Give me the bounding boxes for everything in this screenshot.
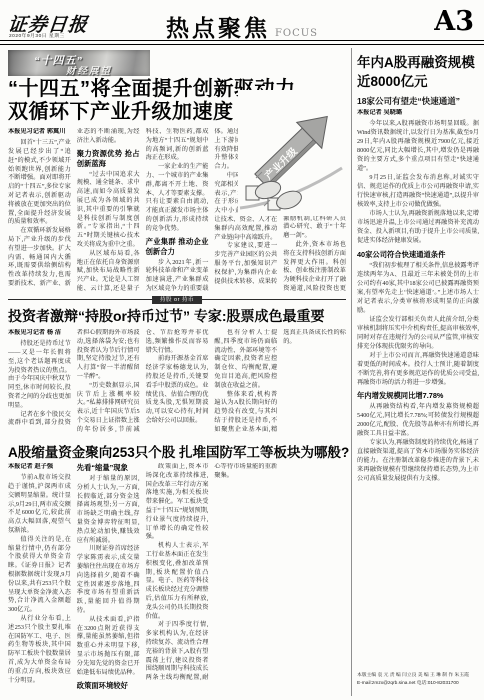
body-paragraph: 也有分析人士提醒,四季度市场仍面临流动性、外部环境等不确定因素,投资者应控制仓位…: [214, 329, 277, 391]
body-subhead: 40家公司符合快速通道条件: [357, 250, 479, 259]
body-paragraph: 持股还是持币过节——又是一年长假将至,这个老话题再度成为投资者热议的焦点。由于今…: [8, 340, 71, 410]
body-paragraph: 专家认为,再融资制度的持续优化,畅通了直接融资渠道,提高了资本市场服务实体经济的…: [357, 439, 479, 484]
byline: 本报记者 赵子强: [8, 463, 71, 472]
masthead-rule: [0, 40, 484, 45]
body-paragraph: 值得关注的是,在缩量行情中,仍有部分个股获得大单资金青睐。《证券日报》记者根据数…: [8, 536, 71, 615]
body-paragraph: “我们初步梳理了相关条件,信息披露考评连续两年为A、且最近三年未被处罚的上市公司…: [357, 262, 479, 316]
body-subhead: 聚力资源优势 抢占创新蓝海: [77, 149, 140, 168]
volume-article-body: 本报记者 赵子强节前A股市场交投趋于谨慎,沪深两市成交额明显缩量。统计显示,9月…: [8, 463, 346, 695]
credits-contact: E-mail:zmzx@zqrb.sina.net 电话:010-8203170…: [357, 680, 481, 688]
body-paragraph: 从技术面看,沪指在3200点附近获得支撑,量能虽然萎缩,但指数重心并未明显下移,…: [77, 616, 140, 678]
body-subhead: 政策面环境较好: [77, 681, 140, 690]
section-title: 热点聚焦FOCUS: [0, 10, 484, 43]
byline: 本报见习记者 郭冀川: [8, 128, 71, 137]
section-divider: 持股 or 持币: [8, 299, 346, 300]
body-paragraph: 回首“十三五”,产业发展已经步出了“追赶”的模式,不少领域开始领跑世界,创新能力…: [8, 139, 71, 227]
volume-article-headline: A股缩量资金聚向253只个股 扎堆国防军工等板块为哪般?: [8, 441, 350, 461]
refinance-headline: 年内A股再融资规模 近8000亿元: [357, 53, 481, 91]
section-title-en: FOCUS: [275, 28, 318, 39]
body-paragraph: 9月25日,证监会发布消息称,对诚实守信、规范运作的优质上市公司再融资申请,实行…: [357, 174, 479, 210]
body-paragraph: 对于上市公司而言,再融资快速通道意味着更低的时间成本。投行人士预计,随着制度不断…: [357, 352, 479, 388]
page-number: A3: [434, 6, 474, 37]
body-subhead: 先看“缩量”现象: [77, 463, 140, 472]
arrow-hands-drawing: 产业升级: [238, 90, 346, 216]
body-paragraph: 川财证券首席经济学家陈雳表示,成交量萎缩往往出现在市场方向选择前夕,随着不确定性…: [77, 545, 140, 615]
body-paragraph: 市场人士认为,再融资新规落地以来,定增市场迅速升温,上市公司通过再融资补充流动资…: [357, 210, 479, 246]
holiday-article-body: 本报见习记者 杨 洁持股还是持币过节——又是一年长假将至,这个老话题再度成为投资…: [8, 329, 346, 436]
body-paragraph: 从再融资结构看,年内增发募资规模超5400亿元,同比增长7.78%;可转债发行规…: [357, 403, 479, 439]
credits-editors: 本版主编 袁 元 责 编 闫立良 美 编 王 琳 制 作 朱玉霞: [357, 672, 481, 680]
column-rule: [351, 48, 352, 696]
body-paragraph: 证监会发行部相关负责人此前介绍,分类审核机制将压实中介机构责任,提高审核效率,同…: [357, 316, 479, 352]
divider-tag: 持股 or 持币: [152, 296, 202, 304]
body-paragraph: 一家企业的生产能力、一个城市的产业集群,都离不开土地、资本、人才等要素支撑。只有…: [146, 163, 209, 233]
refinance-article-body: 本报记者 吴晓璐今年以来,A股再融资市场明显回暖。据Wind资讯数据统计,以发行…: [357, 109, 479, 668]
body-paragraph: 对于缩量的原因,分析人士认为,一方面,长假临近,部分资金选择离场观望;另一方面,…: [77, 475, 140, 545]
series-banner-line2: 财经展望: [66, 63, 112, 77]
cartoon-arrow-illustration: 产业升级: [238, 90, 346, 216]
body-paragraph: 今年以来,A股再融资市场明显回暖。据Wind资讯数据统计,以发行日为基准,截至9…: [357, 120, 479, 174]
refinance-headline-line2: 近8000亿元: [357, 72, 481, 91]
newspaper-page: 证券日报 2020年9月30日 星期三 热点聚焦FOCUS A3 “十四五” 财…: [0, 0, 484, 700]
body-paragraph: “过去中国追求大规模、通全链条、求中高速,而如今高质量发展已成为各领域的共识,其…: [77, 171, 140, 250]
body-subhead: 年内增发规模同比增7.78%: [357, 391, 479, 400]
section-title-cn: 热点聚焦: [166, 15, 270, 42]
holiday-article-headline: 投资者激辩“持股or持币过节” 专家:股票成色最重要: [8, 306, 350, 326]
byline: 本报见习记者 杨 洁: [8, 329, 71, 338]
page-credits: 本版主编 袁 元 责 编 闫立良 美 编 王 琳 制 作 朱玉霞 E-mail:…: [357, 672, 481, 687]
body-paragraph: 前海开源基金首席经济学家杨德龙认为,持股还是持币,关键要看手中股票的成色。业绩优…: [146, 355, 209, 425]
body-subhead: 产业集群 推动企业创新合力: [146, 237, 209, 256]
body-paragraph: 节前A股市场交投趋于谨慎,沪深两市成交额明显缩量。统计显示,9月29日,两市成交…: [8, 474, 71, 536]
refinance-headline-line1: 年内A股再融资规模: [357, 53, 481, 72]
byline: 本报记者 吴晓璐: [357, 109, 479, 118]
body-paragraph: 机构人士表示,军工行业基本面正在发生积极变化,叠加改革预期,板块配置价值凸显。电…: [146, 542, 209, 621]
series-banner: “十四五” 财经展望: [8, 50, 150, 76]
refinance-deck: 18家公司有望走“快速通道”: [357, 95, 481, 107]
body-paragraph: 从行业分布看,上述253只个股主要扎堆在国防军工、电子、医药生物等板块,其中国防…: [8, 615, 71, 685]
body-paragraph: 政策面上,资本市场深化改革持续推进,国企改革三年行动方案落地实施,为相关板块带来…: [146, 463, 209, 542]
